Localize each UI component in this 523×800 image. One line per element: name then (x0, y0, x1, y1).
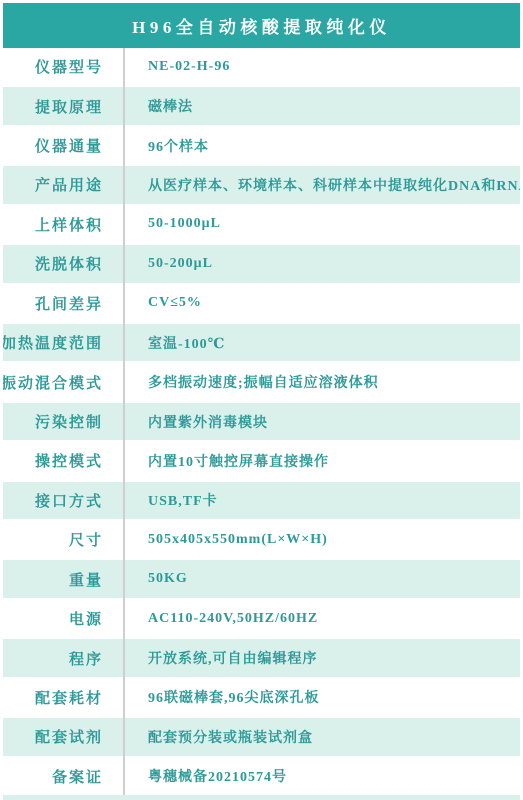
table-row: 上样体积 50-1000μL (3, 206, 520, 243)
table-row: 仪器通量 96个样本 (3, 127, 520, 164)
row-value: 50KG (123, 560, 520, 597)
table-row: 振动混合模式 多档振动速度;振幅自适应溶液体积 (3, 363, 520, 400)
row-label: 仪器型号 (3, 48, 123, 85)
row-label: 操控模式 (3, 442, 123, 479)
row-value: 505x405x550mm(L×W×H) (123, 521, 520, 558)
column-divider (123, 48, 125, 795)
table-row: 污染控制 内置紫外消毒模块 (3, 401, 520, 442)
table-row: 提取原理 磁棒法 (3, 85, 520, 126)
table-row: 配套耗材 96联磁棒套,96尖底深孔板 (3, 679, 520, 716)
row-value: 磁棒法 (123, 87, 520, 124)
spec-table: 仪器型号 NE-02-H-96 提取原理 磁棒法 仪器通量 96个样本 产品用途… (3, 48, 520, 795)
table-row: 孔间差异 CV≤5% (3, 285, 520, 322)
row-label: 污染控制 (3, 403, 123, 440)
row-label: 仪器通量 (3, 127, 123, 164)
row-value: 50-1000μL (123, 206, 520, 243)
row-value: 96个样本 (123, 127, 520, 164)
table-row: 加热温度范围 室温-100℃ (3, 322, 520, 363)
spec-sheet-page: H96全自动核酸提取纯化仪 仪器型号 NE-02-H-96 提取原理 磁棒法 仪… (0, 0, 523, 800)
row-label: 备案证 (3, 758, 123, 795)
table-row: 电源 AC110-240V,50HZ/60HZ (3, 600, 520, 637)
row-value: 配套预分装或瓶装试剂盒 (123, 718, 520, 755)
table-row: 尺寸 505x405x550mm(L×W×H) (3, 521, 520, 558)
table-row: 程序 开放系统,可自由编辑程序 (3, 637, 520, 678)
table-row: 洗脱体积 50-200μL (3, 243, 520, 284)
table-row: 仪器型号 NE-02-H-96 (3, 48, 520, 85)
row-label: 接口方式 (3, 482, 123, 519)
row-value: 室温-100℃ (123, 324, 520, 361)
row-value: AC110-240V,50HZ/60HZ (123, 600, 520, 637)
row-value: NE-02-H-96 (123, 48, 520, 85)
row-label: 电源 (3, 600, 123, 637)
row-label: 上样体积 (3, 206, 123, 243)
table-row: 操控模式 内置10寸触控屏幕直接操作 (3, 442, 520, 479)
row-value: 多档振动速度;振幅自适应溶液体积 (123, 363, 520, 400)
row-value: 内置紫外消毒模块 (123, 403, 520, 440)
row-label: 产品用途 (3, 166, 123, 203)
row-label: 配套耗材 (3, 679, 123, 716)
row-label: 孔间差异 (3, 285, 123, 322)
row-label: 配套试剂 (3, 718, 123, 755)
row-label: 振动混合模式 (3, 363, 123, 400)
row-label: 加热温度范围 (3, 324, 123, 361)
table-row: 重量 50KG (3, 558, 520, 599)
row-value: CV≤5% (123, 285, 520, 322)
bottom-strip (3, 795, 520, 800)
title-bar: H96全自动核酸提取纯化仪 (3, 3, 520, 48)
row-label: 尺寸 (3, 521, 123, 558)
row-label: 提取原理 (3, 87, 123, 124)
row-label: 程序 (3, 639, 123, 676)
row-value: USB,TF卡 (123, 482, 520, 519)
row-value: 从医疗样本、环境样本、科研样本中提取纯化DNA和RNA (123, 166, 520, 203)
row-value: 50-200μL (123, 245, 520, 282)
table-row: 接口方式 USB,TF卡 (3, 480, 520, 521)
row-value: 粤穗械备20210574号 (123, 758, 520, 795)
row-value: 96联磁棒套,96尖底深孔板 (123, 679, 520, 716)
table-row: 产品用途 从医疗样本、环境样本、科研样本中提取纯化DNA和RNA (3, 164, 520, 205)
row-value: 内置10寸触控屏幕直接操作 (123, 442, 520, 479)
row-label: 洗脱体积 (3, 245, 123, 282)
page-title: H96全自动核酸提取纯化仪 (132, 13, 391, 38)
table-row: 配套试剂 配套预分装或瓶装试剂盒 (3, 716, 520, 757)
table-row: 备案证 粤穗械备20210574号 (3, 758, 520, 795)
spec-table-rows: 仪器型号 NE-02-H-96 提取原理 磁棒法 仪器通量 96个样本 产品用途… (3, 48, 520, 795)
row-value: 开放系统,可自由编辑程序 (123, 639, 520, 676)
row-label: 重量 (3, 560, 123, 597)
